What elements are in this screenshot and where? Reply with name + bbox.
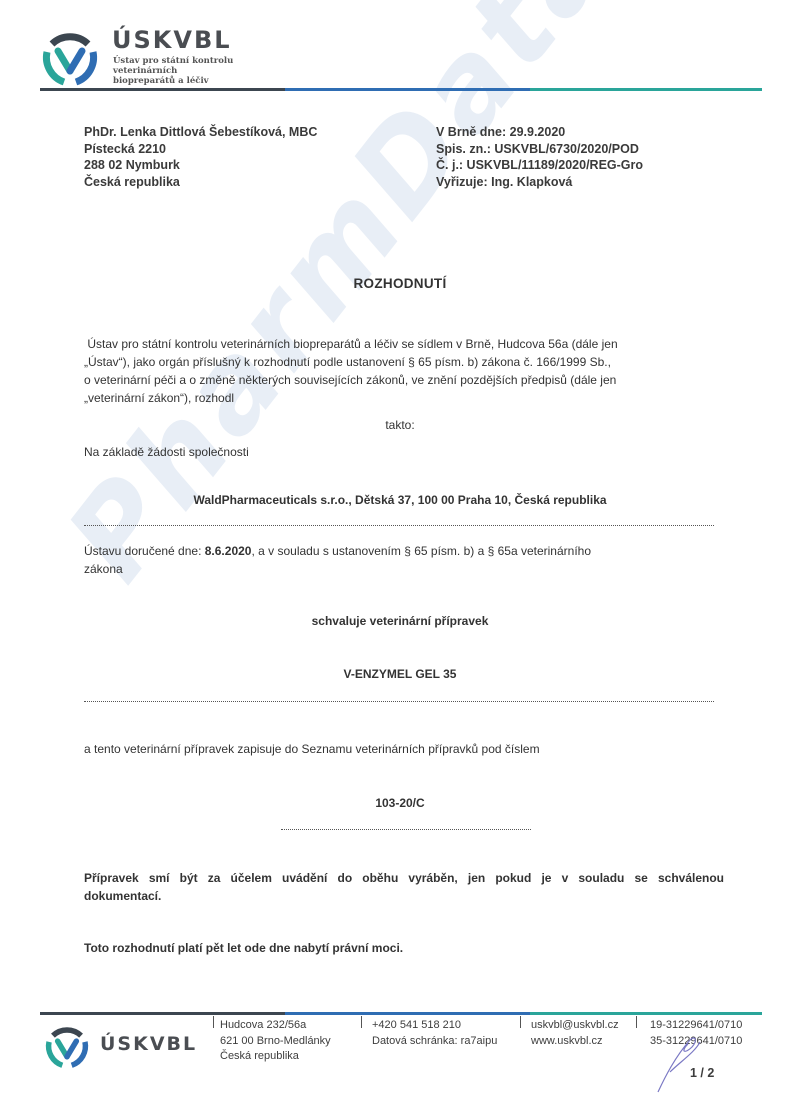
footer-rule-teal xyxy=(530,1012,762,1015)
footer-address-line: Česká republika xyxy=(220,1049,331,1065)
reference-line: Spis. zn.: USKVBL/6730/2020/POD xyxy=(436,141,643,158)
footer-web: uskvbl@uskvbl.cz www.uskvbl.cz xyxy=(531,1018,619,1049)
page-number: 1 / 2 xyxy=(690,1066,714,1082)
takto-label: takto: xyxy=(0,416,800,434)
applicant-name: WaldPharmaceuticals s.r.o., Dětská 37, 1… xyxy=(0,491,800,509)
footer-rule-blue xyxy=(285,1012,530,1015)
approves-label: schvaluje veterinární přípravek xyxy=(0,612,800,630)
validity-statement: Toto rozhodnutí platí pět let ode dne na… xyxy=(84,939,403,957)
footer-logo-name: ÚSKVBL xyxy=(100,1033,197,1055)
footer-contact: +420 541 518 210 Datová schránka: ra7aip… xyxy=(372,1018,497,1049)
dotted-separator xyxy=(84,525,714,526)
delivered-prefix: Ústavu doručené dne: xyxy=(84,544,205,558)
reference-line: Č. j.: USKVBL/11189/2020/REG-Gro xyxy=(436,157,643,174)
reference-block: V Brně dne: 29.9.2020 Spis. zn.: USKVBL/… xyxy=(436,124,643,190)
condition-paragraph: Přípravek smí být za účelem uvádění do o… xyxy=(84,869,724,905)
logo-subtitle-line: Ústav pro státní kontrolu xyxy=(113,56,233,66)
uskvbl-logo-icon xyxy=(42,1020,92,1070)
intro-paragraph: Ústav pro státní kontrolu veterinárních … xyxy=(84,335,724,407)
header-rule-teal xyxy=(530,88,762,91)
footer-separator xyxy=(636,1016,637,1028)
recipient-line: PhDr. Lenka Dittlová Šebestíková, MBC xyxy=(84,124,317,141)
document-title: ROZHODNUTÍ xyxy=(0,276,800,291)
delivered-suffix: , a v souladu s ustanovením § 65 písm. b… xyxy=(251,544,591,558)
register-text: a tento veterinární přípravek zapisuje d… xyxy=(84,740,540,758)
header-logo xyxy=(38,24,102,88)
dotted-separator xyxy=(84,701,714,702)
footer-separator xyxy=(520,1016,521,1028)
product-name: V-ENZYMEL GEL 35 xyxy=(0,665,800,683)
intro-line: Ústav pro státní kontrolu veterinárních … xyxy=(84,335,724,353)
register-number: 103-20/C xyxy=(0,794,800,812)
signature-mark-icon xyxy=(650,1032,710,1097)
delivered-paragraph: Ústavu doručené dne: 8.6.2020, a v soula… xyxy=(84,542,724,578)
request-intro: Na základě žádosti společnosti xyxy=(84,443,249,461)
header-logo-name: ÚSKVBL xyxy=(112,26,232,54)
recipient-line: 288 02 Nymburk xyxy=(84,157,317,174)
footer-phone: +420 541 518 210 xyxy=(372,1018,497,1034)
dotted-separator xyxy=(281,829,531,830)
condition-line: Přípravek smí být za účelem uvádění do o… xyxy=(84,869,724,887)
logo-subtitle-line: biopreparátů a léčiv xyxy=(113,76,233,86)
delivered-line2: zákona xyxy=(84,560,724,578)
uskvbl-logo-icon xyxy=(38,24,102,88)
footer-address-line: Hudcova 232/56a xyxy=(220,1018,331,1034)
footer-website-link[interactable]: www.uskvbl.cz xyxy=(531,1034,619,1050)
logo-subtitle-line: veterinárních xyxy=(113,66,233,76)
header-rule-blue xyxy=(285,88,530,91)
footer-email-link[interactable]: uskvbl@uskvbl.cz xyxy=(531,1018,619,1034)
intro-line: „veterinární zákon“), rozhodl xyxy=(84,389,724,407)
footer-separator xyxy=(361,1016,362,1028)
footer-address-line: 621 00 Brno-Medlánky xyxy=(220,1034,331,1050)
header-logo-subtitle: Ústav pro státní kontrolu veterinárních … xyxy=(113,56,233,86)
reference-line: Vyřizuje: Ing. Klapková xyxy=(436,174,643,191)
delivered-date: 8.6.2020 xyxy=(205,544,252,558)
footer-rule-dark xyxy=(40,1012,285,1015)
recipient-line: Česká republika xyxy=(84,174,317,191)
footer-databox: Datová schránka: ra7aipu xyxy=(372,1034,497,1050)
footer-logo xyxy=(42,1020,92,1070)
recipient-address: PhDr. Lenka Dittlová Šebestíková, MBC Pí… xyxy=(84,124,317,190)
header-rule-dark xyxy=(40,88,285,91)
intro-line: „Ústav“), jako orgán příslušný k rozhodn… xyxy=(84,353,724,371)
delivered-line: Ústavu doručené dne: 8.6.2020, a v soula… xyxy=(84,542,724,560)
reference-line: V Brně dne: 29.9.2020 xyxy=(436,124,643,141)
footer-separator xyxy=(213,1016,214,1028)
intro-line: o veterinární péči a o změně některých s… xyxy=(84,371,724,389)
recipient-line: Pístecká 2210 xyxy=(84,141,317,158)
footer-address: Hudcova 232/56a 621 00 Brno-Medlánky Čes… xyxy=(220,1018,331,1065)
condition-line: dokumentací. xyxy=(84,887,724,905)
